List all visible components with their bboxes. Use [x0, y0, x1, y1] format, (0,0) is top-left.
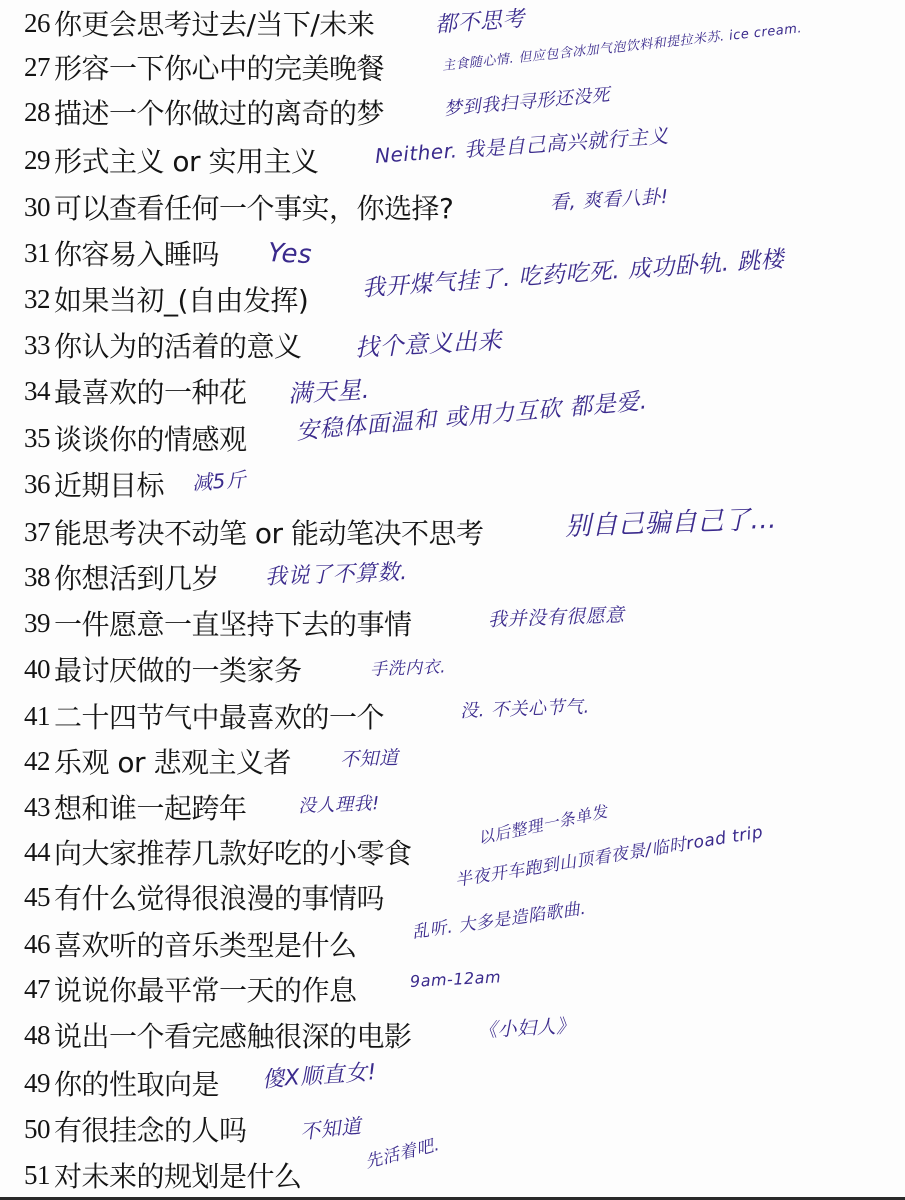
- question-row-45: 45 有什么觉得很浪漫的事情吗: [24, 874, 384, 920]
- question-number: 45: [24, 882, 50, 913]
- question-text: 你想活到几岁: [54, 557, 219, 597]
- question-row-48: 48 说出一个看完感触很深的电影: [24, 1012, 412, 1058]
- question-text: 说出一个看完感触很深的电影: [54, 1015, 412, 1055]
- question-text: 喜欢听的音乐类型是什么: [54, 924, 357, 964]
- question-number: 29: [24, 145, 50, 176]
- question-number: 48: [24, 1020, 50, 1051]
- question-row-29: 29 形式主义 or 实用主义: [24, 137, 318, 183]
- question-row-39: 39 一件愿意一直坚持下去的事情: [24, 600, 412, 646]
- question-text: 最讨厌做的一类家务: [54, 649, 302, 689]
- question-text: 描述一个你做过的离奇的梦: [54, 92, 384, 132]
- handwritten-answer: 我并没有很愿意: [488, 600, 625, 632]
- question-text: 近期目标: [54, 464, 164, 504]
- question-row-37: 37 能思考决不动笔 or 能动笔决不思考: [24, 509, 483, 555]
- handwritten-answer: 满天星.: [287, 370, 370, 409]
- handwritten-answer: 以后整理一条单发: [476, 799, 610, 849]
- question-text: 想和谁一起跨年: [54, 787, 247, 827]
- question-text: 谈谈你的情感观: [54, 418, 247, 458]
- question-row-28: 28 描述一个你做过的离奇的梦: [24, 89, 384, 135]
- handwritten-answer: 梦到我扫寻形还没死: [443, 81, 611, 121]
- handwritten-answer: 9am-12am: [410, 967, 502, 991]
- question-row-43: 43 想和谁一起跨年: [24, 784, 247, 830]
- question-number: 38: [24, 562, 50, 593]
- handwritten-answer: 看, 爽看八卦!: [549, 182, 669, 215]
- question-number: 26: [24, 8, 50, 39]
- question-row-26: 26 你更会思考过去/当下/未来: [24, 0, 374, 46]
- question-text: 如果当初_(自由发挥): [54, 279, 308, 319]
- question-number: 46: [24, 929, 50, 960]
- handwritten-answer: 我开煤气挂了. 吃药吃死. 成功卧轨. 跳楼: [361, 241, 785, 303]
- question-text: 形式主义 or 实用主义: [54, 140, 318, 180]
- question-text: 最喜欢的一种花: [54, 371, 247, 411]
- question-text: 可以查看任何一个事实，你选择?: [54, 187, 453, 227]
- question-text: 有什么觉得很浪漫的事情吗: [54, 877, 384, 917]
- question-number: 41: [24, 701, 50, 732]
- question-row-38: 38 你想活到几岁: [24, 554, 219, 600]
- question-row-35: 35 谈谈你的情感观: [24, 415, 247, 461]
- handwritten-answer: 别自己骗自己了...: [564, 499, 777, 543]
- question-text: 你的性取向是: [54, 1063, 219, 1103]
- question-text: 对未来的规划是什么: [54, 1155, 302, 1195]
- handwritten-answer: 我说了不算数.: [264, 555, 407, 591]
- handwritten-answer: 都不思考: [434, 2, 526, 39]
- question-number: 28: [24, 97, 50, 128]
- handwritten-answer: 《小妇人》: [477, 1011, 576, 1043]
- question-row-44: 44 向大家推荐几款好吃的小零食: [24, 829, 412, 875]
- question-number: 43: [24, 792, 50, 823]
- question-row-49: 49 你的性取向是: [24, 1060, 219, 1106]
- question-row-50: 50 有很挂念的人吗: [24, 1106, 247, 1152]
- question-row-31: 31 你容易入睡吗: [24, 230, 219, 276]
- question-row-41: 41 二十四节气中最喜欢的一个: [24, 693, 384, 739]
- question-number: 35: [24, 423, 50, 454]
- question-row-33: 33 你认为的活着的意义: [24, 322, 302, 368]
- question-number: 39: [24, 608, 50, 639]
- question-text: 二十四节气中最喜欢的一个: [54, 696, 384, 736]
- question-number: 27: [24, 52, 50, 83]
- question-text: 你认为的活着的意义: [54, 325, 302, 365]
- question-row-42: 42 乐观 or 悲观主义者: [24, 738, 291, 784]
- question-number: 36: [24, 469, 50, 500]
- question-text: 有很挂念的人吗: [54, 1109, 247, 1149]
- question-row-30: 30 可以查看任何一个事实，你选择?: [24, 184, 453, 230]
- handwritten-answer: 没. 不关心节气.: [460, 692, 591, 723]
- question-number: 40: [24, 654, 50, 685]
- question-text: 你更会思考过去/当下/未来: [54, 3, 374, 43]
- questionnaire-page: 26 你更会思考过去/当下/未来 都不思考 27 形容一下你心中的完美晚餐 主食…: [0, 0, 905, 1200]
- question-row-32: 32 如果当初_(自由发挥): [24, 276, 308, 322]
- question-number: 31: [24, 238, 50, 269]
- handwritten-answer: 减5斤: [191, 463, 247, 496]
- question-number: 33: [24, 330, 50, 361]
- question-text: 向大家推荐几款好吃的小零食: [54, 832, 412, 872]
- question-text: 你容易入睡吗: [54, 233, 219, 273]
- handwritten-answer: Neither. 我是自己高兴就行主义: [374, 120, 670, 169]
- question-number: 42: [24, 746, 50, 777]
- question-row-36: 36 近期目标: [24, 461, 164, 507]
- question-text: 乐观 or 悲观主义者: [54, 741, 291, 781]
- question-number: 47: [24, 974, 50, 1005]
- handwritten-answer: 找个意义出来: [354, 320, 503, 363]
- question-number: 37: [24, 517, 50, 548]
- question-number: 32: [24, 284, 50, 315]
- question-number: 51: [24, 1160, 50, 1191]
- question-row-46: 46 喜欢听的音乐类型是什么: [24, 921, 357, 967]
- question-number: 49: [24, 1068, 50, 1099]
- question-number: 34: [24, 376, 50, 407]
- question-row-51: 51 对未来的规划是什么: [24, 1152, 302, 1198]
- question-row-47: 47 说说你最平常一天的作息: [24, 966, 357, 1012]
- question-text: 能思考决不动笔 or 能动笔决不思考: [54, 512, 483, 552]
- handwritten-answer: Yes: [267, 238, 313, 270]
- question-number: 30: [24, 192, 50, 223]
- question-row-34: 34 最喜欢的一种花: [24, 368, 247, 414]
- handwritten-answer: 不知道: [340, 743, 399, 772]
- handwritten-answer: 不知道: [298, 1110, 362, 1145]
- question-text: 形容一下你心中的完美晚餐: [54, 47, 384, 87]
- handwritten-answer: 手洗内衣.: [370, 652, 447, 680]
- handwritten-answer: 乱听. 大多是造陷歌曲.: [410, 894, 587, 943]
- question-number: 50: [24, 1114, 50, 1145]
- question-row-40: 40 最讨厌做的一类家务: [24, 646, 302, 692]
- handwritten-answer: 先活着吧.: [362, 1130, 442, 1173]
- question-row-27: 27 形容一下你心中的完美晚餐: [24, 44, 384, 90]
- question-text: 一件愿意一直坚持下去的事情: [54, 603, 412, 643]
- question-text: 说说你最平常一天的作息: [54, 969, 357, 1009]
- handwritten-answer: 没人理我!: [298, 789, 381, 818]
- handwritten-answer: 傻X顺直女!: [261, 1055, 378, 1094]
- question-number: 44: [24, 837, 50, 868]
